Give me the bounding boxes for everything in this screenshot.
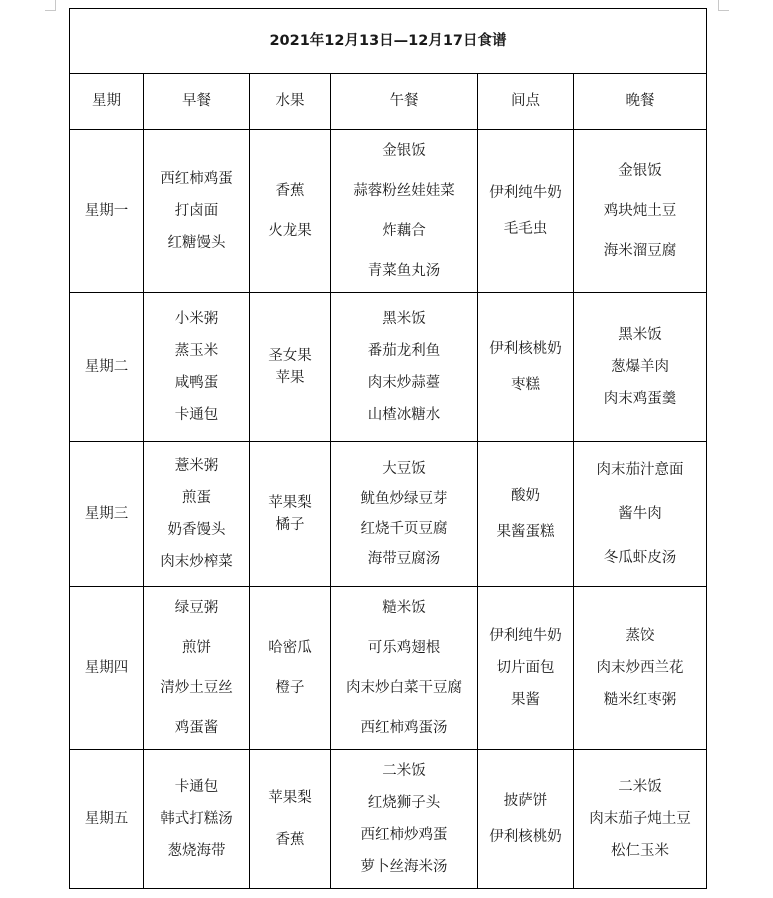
menu-row: 星期一西红柿鸡蛋打卤面红糖馒头香蕉火龙果金银饭蒜蓉粉丝娃娃菜炸藕合青菜鱼丸汤伊利… — [70, 130, 707, 293]
fruit-cell: 苹果梨香蕉 — [250, 750, 331, 889]
breakfast-item: 咸鸭蛋 — [144, 374, 249, 392]
lunch-item: 萝卜丝海米汤 — [331, 858, 477, 876]
breakfast-item: 卡通包 — [144, 778, 249, 796]
lunch-cell: 大豆饭鱿鱼炒绿豆芽红烧千页豆腐海带豆腐汤 — [331, 442, 478, 587]
snack-cell: 披萨饼伊利核桃奶 — [478, 750, 574, 889]
dinner-item: 肉末茄子炖土豆 — [574, 810, 706, 828]
breakfast-item: 卡通包 — [144, 406, 249, 424]
fruit-item: 苹果 — [250, 369, 330, 387]
dinner-item: 蒸饺 — [574, 627, 706, 645]
menu-title: 2021年12月13日—12月17日食谱 — [70, 9, 707, 74]
fruit-item: 香蕉 — [250, 831, 330, 849]
snack-item: 伊利核桃奶 — [478, 828, 573, 846]
breakfast-item: 西红柿鸡蛋 — [144, 170, 249, 188]
snack-item: 伊利核桃奶 — [478, 340, 573, 358]
header-lunch: 午餐 — [331, 74, 478, 130]
dinner-item: 冬瓜虾皮汤 — [574, 549, 706, 567]
fruit-item: 哈密瓜 — [250, 639, 330, 657]
dinner-item: 肉末鸡蛋羹 — [574, 390, 706, 408]
snack-cell: 伊利核桃奶枣糕 — [478, 293, 574, 442]
dinner-item: 肉末炒西兰花 — [574, 659, 706, 677]
fruit-item: 橘子 — [250, 516, 330, 534]
lunch-item: 番茄龙利鱼 — [331, 342, 477, 360]
lunch-item: 鱿鱼炒绿豆芽 — [331, 490, 477, 508]
fruit-cell: 苹果梨橘子 — [250, 442, 331, 587]
fruit-item: 苹果梨 — [250, 494, 330, 512]
header-snack: 间点 — [478, 74, 574, 130]
fruit-item: 苹果梨 — [250, 789, 330, 807]
breakfast-item: 小米粥 — [144, 310, 249, 328]
day-cell: 星期五 — [70, 750, 144, 889]
breakfast-item: 红糖馒头 — [144, 234, 249, 252]
day-cell: 星期三 — [70, 442, 144, 587]
lunch-item: 海带豆腐汤 — [331, 550, 477, 568]
snack-item: 枣糕 — [478, 376, 573, 394]
lunch-item: 可乐鸡翅根 — [331, 639, 477, 657]
dinner-cell: 蒸饺肉末炒西兰花糙米红枣粥 — [574, 587, 707, 750]
breakfast-cell: 绿豆粥煎饼清炒土豆丝鸡蛋酱 — [144, 587, 250, 750]
dinner-item: 海米溜豆腐 — [574, 242, 706, 260]
day-cell: 星期二 — [70, 293, 144, 442]
fruit-item: 圣女果 — [250, 347, 330, 365]
breakfast-item: 薏米粥 — [144, 457, 249, 475]
header-fruit: 水果 — [250, 74, 331, 130]
snack-item: 果酱蛋糕 — [478, 523, 573, 541]
fruit-cell: 圣女果苹果 — [250, 293, 331, 442]
lunch-item: 青菜鱼丸汤 — [331, 262, 477, 280]
dinner-item: 松仁玉米 — [574, 842, 706, 860]
fruit-item: 火龙果 — [250, 222, 330, 240]
snack-item: 伊利纯牛奶 — [478, 627, 573, 645]
lunch-item: 蒜蓉粉丝娃娃菜 — [331, 182, 477, 200]
lunch-item: 山楂冰糖水 — [331, 406, 477, 424]
page-corner-mark-right — [718, 0, 729, 11]
lunch-item: 大豆饭 — [331, 460, 477, 478]
lunch-item: 肉末炒白菜干豆腐 — [331, 679, 477, 697]
breakfast-item: 肉末炒榨菜 — [144, 553, 249, 571]
dinner-cell: 金银饭鸡块炖土豆海米溜豆腐 — [574, 130, 707, 293]
day-cell: 星期一 — [70, 130, 144, 293]
dinner-cell: 肉末茄汁意面酱牛肉冬瓜虾皮汤 — [574, 442, 707, 587]
snack-cell: 酸奶果酱蛋糕 — [478, 442, 574, 587]
menu-row: 星期四绿豆粥煎饼清炒土豆丝鸡蛋酱哈密瓜橙子糙米饭可乐鸡翅根肉末炒白菜干豆腐西红柿… — [70, 587, 707, 750]
weekly-menu-table: 2021年12月13日—12月17日食谱 星期 早餐 水果 午餐 间点 晚餐 星… — [69, 8, 707, 889]
breakfast-item: 煎蛋 — [144, 489, 249, 507]
breakfast-item: 清炒土豆丝 — [144, 679, 249, 697]
breakfast-item: 煎饼 — [144, 639, 249, 657]
breakfast-cell: 小米粥蒸玉米咸鸭蛋卡通包 — [144, 293, 250, 442]
breakfast-item: 蒸玉米 — [144, 342, 249, 360]
dinner-cell: 二米饭肉末茄子炖土豆松仁玉米 — [574, 750, 707, 889]
snack-item: 切片面包 — [478, 659, 573, 677]
lunch-item: 西红柿炒鸡蛋 — [331, 826, 477, 844]
menu-row: 星期二小米粥蒸玉米咸鸭蛋卡通包圣女果苹果黑米饭番茄龙利鱼肉末炒蒜薹山楂冰糖水伊利… — [70, 293, 707, 442]
breakfast-item: 鸡蛋酱 — [144, 719, 249, 737]
lunch-cell: 糙米饭可乐鸡翅根肉末炒白菜干豆腐西红柿鸡蛋汤 — [331, 587, 478, 750]
header-dinner: 晚餐 — [574, 74, 707, 130]
dinner-item: 肉末茄汁意面 — [574, 461, 706, 479]
fruit-cell: 哈密瓜橙子 — [250, 587, 331, 750]
header-row: 星期 早餐 水果 午餐 间点 晚餐 — [70, 74, 707, 130]
breakfast-cell: 卡通包韩式打糕汤葱烧海带 — [144, 750, 250, 889]
dinner-item: 鸡块炖土豆 — [574, 202, 706, 220]
lunch-item: 二米饭 — [331, 762, 477, 780]
breakfast-item: 打卤面 — [144, 202, 249, 220]
lunch-cell: 黑米饭番茄龙利鱼肉末炒蒜薹山楂冰糖水 — [331, 293, 478, 442]
lunch-cell: 金银饭蒜蓉粉丝娃娃菜炸藕合青菜鱼丸汤 — [331, 130, 478, 293]
lunch-item: 糙米饭 — [331, 599, 477, 617]
fruit-item: 橙子 — [250, 679, 330, 697]
breakfast-item: 奶香馒头 — [144, 521, 249, 539]
lunch-item: 黑米饭 — [331, 310, 477, 328]
lunch-item: 红烧千页豆腐 — [331, 520, 477, 538]
menu-row: 星期五卡通包韩式打糕汤葱烧海带苹果梨香蕉二米饭红烧狮子头西红柿炒鸡蛋萝卜丝海米汤… — [70, 750, 707, 889]
snack-item: 酸奶 — [478, 487, 573, 505]
dinner-item: 金银饭 — [574, 162, 706, 180]
menu-row: 星期三薏米粥煎蛋奶香馒头肉末炒榨菜苹果梨橘子大豆饭鱿鱼炒绿豆芽红烧千页豆腐海带豆… — [70, 442, 707, 587]
breakfast-item: 绿豆粥 — [144, 599, 249, 617]
dinner-item: 二米饭 — [574, 778, 706, 796]
dinner-item: 糙米红枣粥 — [574, 691, 706, 709]
snack-item: 伊利纯牛奶 — [478, 184, 573, 202]
snack-item: 果酱 — [478, 691, 573, 709]
page-corner-mark-left — [45, 0, 56, 11]
breakfast-cell: 薏米粥煎蛋奶香馒头肉末炒榨菜 — [144, 442, 250, 587]
snack-item: 毛毛虫 — [478, 220, 573, 238]
snack-cell: 伊利纯牛奶切片面包果酱 — [478, 587, 574, 750]
day-cell: 星期四 — [70, 587, 144, 750]
dinner-cell: 黑米饭葱爆羊肉肉末鸡蛋羹 — [574, 293, 707, 442]
dinner-item: 葱爆羊肉 — [574, 358, 706, 376]
breakfast-cell: 西红柿鸡蛋打卤面红糖馒头 — [144, 130, 250, 293]
snack-cell: 伊利纯牛奶毛毛虫 — [478, 130, 574, 293]
breakfast-item: 葱烧海带 — [144, 842, 249, 860]
breakfast-item: 韩式打糕汤 — [144, 810, 249, 828]
dinner-item: 酱牛肉 — [574, 505, 706, 523]
fruit-item: 香蕉 — [250, 182, 330, 200]
snack-item: 披萨饼 — [478, 792, 573, 810]
header-day: 星期 — [70, 74, 144, 130]
header-breakfast: 早餐 — [144, 74, 250, 130]
lunch-item: 炸藕合 — [331, 222, 477, 240]
lunch-item: 红烧狮子头 — [331, 794, 477, 812]
lunch-item: 西红柿鸡蛋汤 — [331, 719, 477, 737]
dinner-item: 黑米饭 — [574, 326, 706, 344]
lunch-item: 金银饭 — [331, 142, 477, 160]
lunch-cell: 二米饭红烧狮子头西红柿炒鸡蛋萝卜丝海米汤 — [331, 750, 478, 889]
lunch-item: 肉末炒蒜薹 — [331, 374, 477, 392]
fruit-cell: 香蕉火龙果 — [250, 130, 331, 293]
